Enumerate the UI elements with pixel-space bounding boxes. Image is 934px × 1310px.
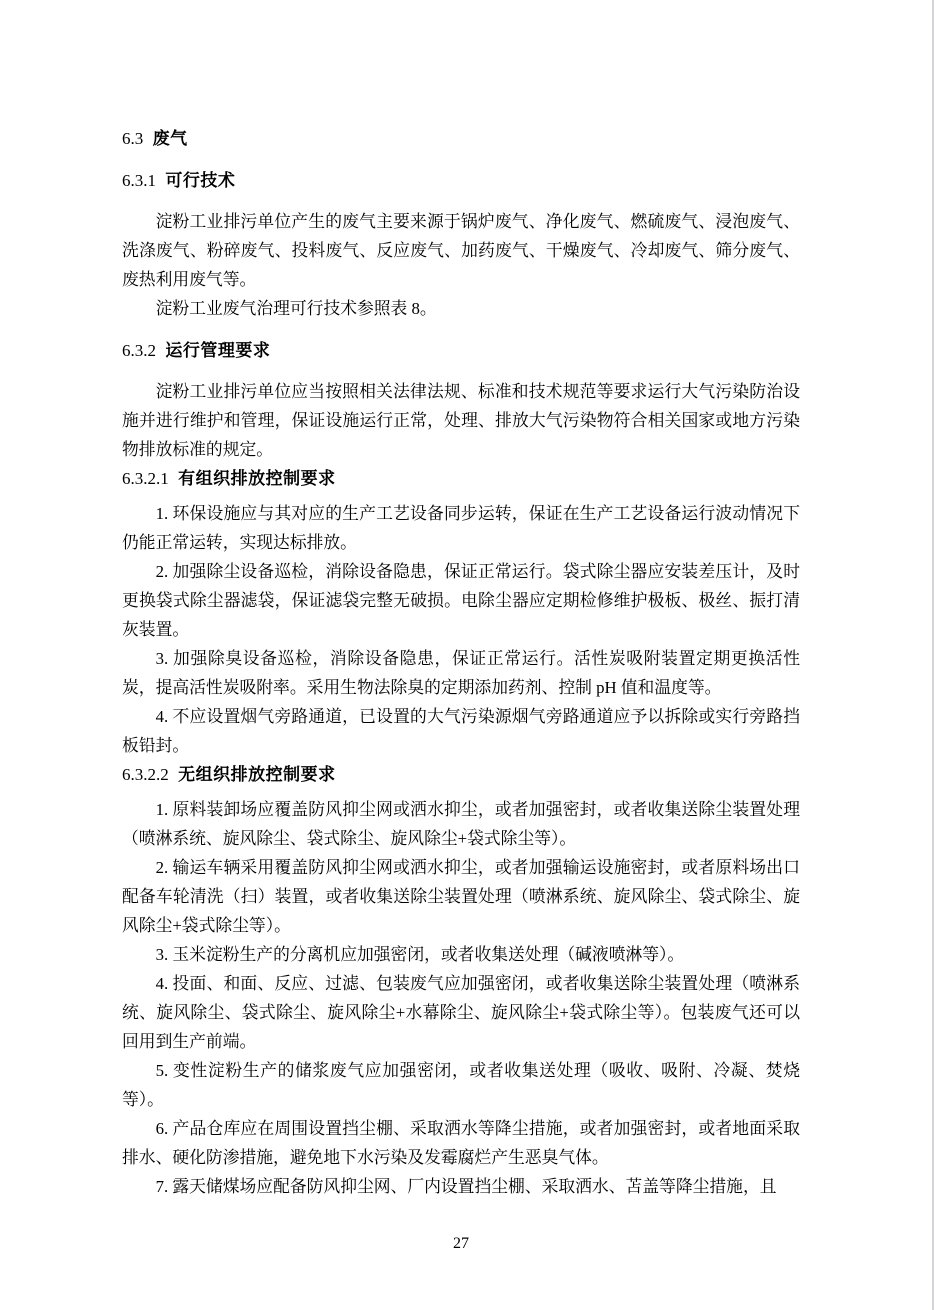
paragraph-operation-management-intro: 淀粉工业排污单位应当按照相关法律法规、标准和技术规范等要求运行大气污染防治设施并…	[122, 377, 800, 464]
list-item-unorganized-2: 2. 输运车辆采用覆盖防风抑尘网或洒水抑尘，或者加强输运设施密封，或者原料场出口…	[122, 853, 800, 940]
list-item-organized-4: 4. 不应设置烟气旁路通道，已设置的大气污染源烟气旁路通道应予以拆除或实行旁路挡…	[122, 702, 800, 760]
list-item-organized-1: 1. 环保设施应与其对应的生产工艺设备同步运转，保证在生产工艺设备运行波动情况下…	[122, 499, 800, 557]
list-item-unorganized-3: 3. 玉米淀粉生产的分离机应加强密闭，或者收集送处理（碱液喷淋等）。	[122, 940, 800, 969]
section-title: 可行技术	[165, 171, 235, 190]
section-title: 运行管理要求	[165, 341, 270, 360]
document-page: 6.3废气 6.3.1可行技术 淀粉工业排污单位产生的废气主要来源于锅炉废气、净…	[0, 0, 934, 1310]
section-title: 有组织排放控制要求	[178, 469, 336, 488]
section-number: 6.3.2	[122, 341, 156, 360]
page-content: 6.3废气 6.3.1可行技术 淀粉工业排污单位产生的废气主要来源于锅炉废气、净…	[122, 124, 800, 1201]
section-heading-6-3: 6.3废气	[122, 124, 800, 153]
section-heading-6-3-2: 6.3.2运行管理要求	[122, 336, 800, 365]
paragraph-table-8-reference: 淀粉工业废气治理可行技术参照表 8。	[122, 294, 800, 323]
section-heading-6-3-2-1: 6.3.2.1有组织排放控制要求	[122, 464, 800, 493]
section-number: 6.3.1	[122, 171, 156, 190]
list-item-unorganized-1: 1. 原料装卸场应覆盖防风抑尘网或洒水抑尘，或者加强密封，或者收集送除尘装置处理…	[122, 795, 800, 853]
section-title: 废气	[153, 129, 188, 148]
list-item-unorganized-4: 4. 投面、和面、反应、过滤、包装废气应加强密闭，或者收集送除尘装置处理（喷淋系…	[122, 969, 800, 1056]
section-number: 6.3.2.1	[122, 469, 169, 488]
section-heading-6-3-2-2: 6.3.2.2无组织排放控制要求	[122, 760, 800, 789]
section-title: 无组织排放控制要求	[178, 765, 336, 784]
page-number: 27	[122, 1233, 800, 1255]
section-heading-6-3-1: 6.3.1可行技术	[122, 166, 800, 195]
paragraph-waste-gas-sources: 淀粉工业排污单位产生的废气主要来源于锅炉废气、净化废气、燃硫废气、浸泡废气、洗涤…	[122, 207, 800, 294]
list-item-organized-2: 2. 加强除尘设备巡检，消除设备隐患，保证正常运行。袋式除尘器应安装差压计，及时…	[122, 557, 800, 644]
section-number: 6.3	[122, 129, 143, 148]
section-number: 6.3.2.2	[122, 765, 169, 784]
list-item-organized-3: 3. 加强除臭设备巡检，消除设备隐患，保证正常运行。活性炭吸附装置定期更换活性炭…	[122, 644, 800, 702]
list-item-unorganized-7: 7. 露天储煤场应配备防风抑尘网、厂内设置挡尘棚、采取洒水、苫盖等降尘措施，且	[122, 1172, 800, 1201]
list-item-unorganized-6: 6. 产品仓库应在周围设置挡尘棚、采取洒水等降尘措施，或者加强密封，或者地面采取…	[122, 1114, 800, 1172]
list-item-unorganized-5: 5. 变性淀粉生产的储浆废气应加强密闭，或者收集送处理（吸收、吸附、冷凝、焚烧等…	[122, 1056, 800, 1114]
